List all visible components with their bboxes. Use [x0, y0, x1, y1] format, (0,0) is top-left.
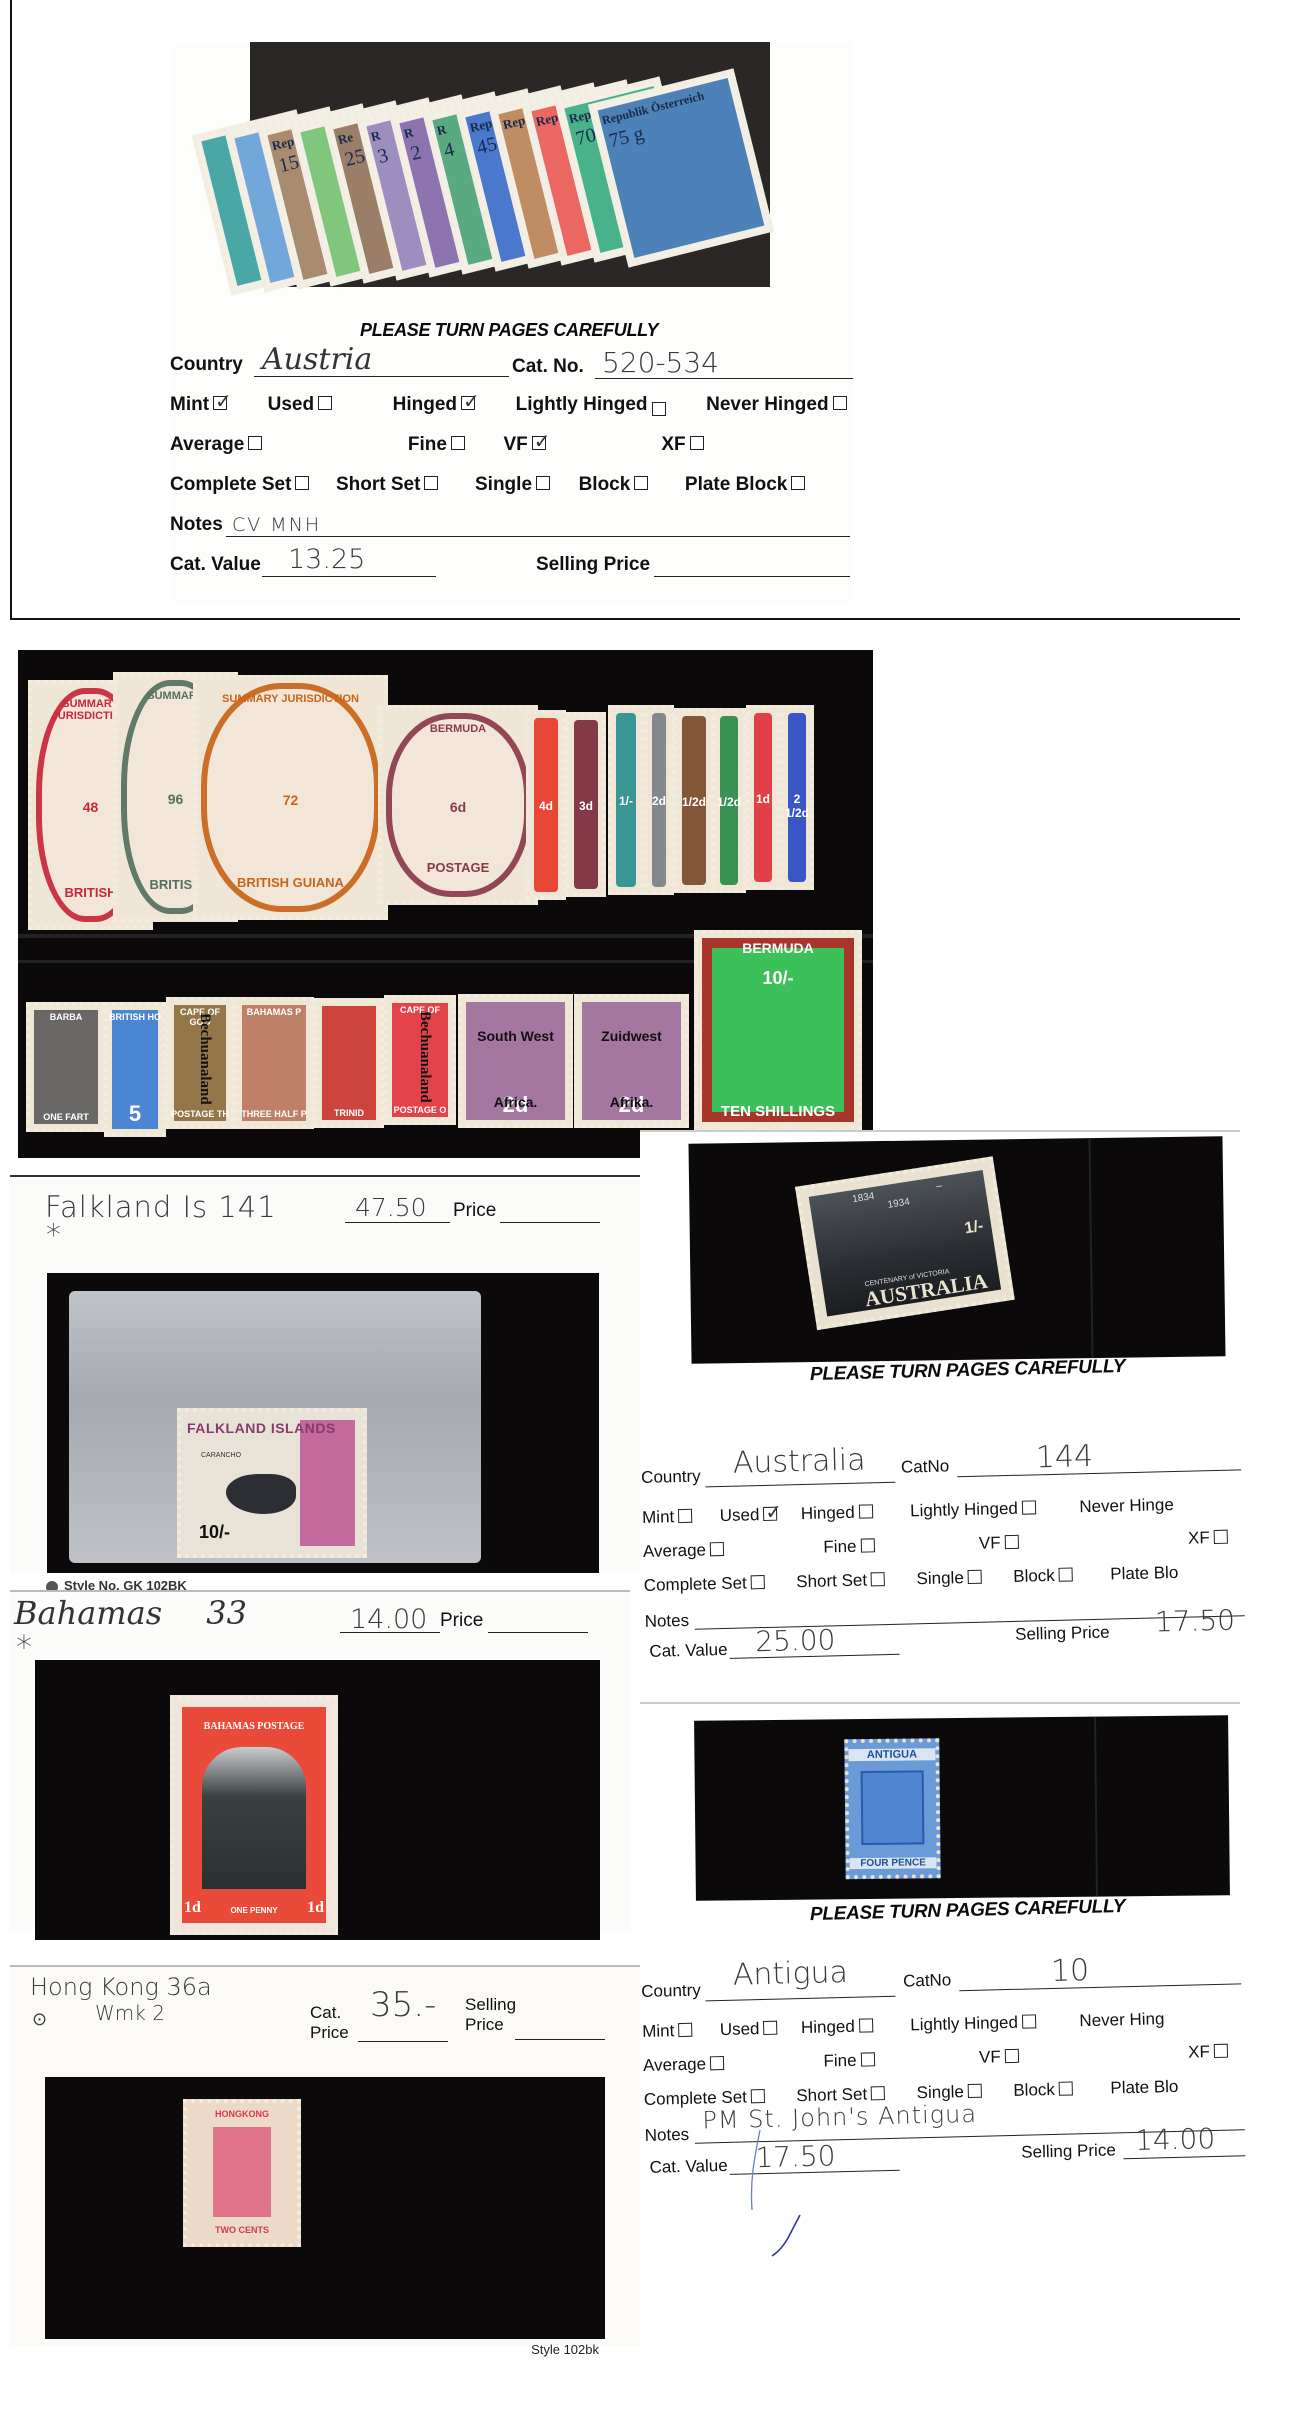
selling-price-value[interactable]: 17.50: [1154, 1604, 1235, 1639]
country-value[interactable]: Antigua: [732, 1955, 848, 1993]
single-checkbox[interactable]: [968, 2084, 982, 2098]
fine-option[interactable]: Fine: [823, 2050, 875, 2070]
bahamas-price-label: Price: [440, 1610, 483, 1632]
falkland-card: Falkland Is 141 * 47.50 Price FALKLAND I…: [10, 1178, 640, 1573]
antigua-stamp-sub: FOUR PENCE: [850, 1857, 937, 1869]
cat-no-value[interactable]: 144: [1035, 1439, 1093, 1475]
plate-block-option[interactable]: Plate Blo: [1110, 2077, 1178, 2098]
hinged-checkbox[interactable]: [859, 2018, 873, 2032]
falkland-mark: *: [46, 1218, 61, 1253]
average-checkbox[interactable]: [710, 2056, 724, 2070]
vf-checkbox[interactable]: [1004, 1535, 1018, 1549]
mixed-lot-stamp[interactable]: SUMMARY JURISDICTIONBRITISH GUIANA72: [193, 675, 388, 920]
mixed-lot-stamp[interactable]: 2dSouth WestAfrica.: [458, 994, 573, 1128]
plate-block-checkbox[interactable]: [791, 476, 805, 490]
plate-block-option[interactable]: Plate Blo: [1110, 1563, 1178, 1584]
mint-checkbox[interactable]: [213, 396, 227, 410]
bahamas-heading: Bahamas 33: [14, 1594, 247, 1632]
bahamas-stamp-sub: ONE PENNY: [174, 1906, 334, 1915]
complete-set-option[interactable]: Complete Set: [644, 1573, 765, 1595]
austria-row-type: Complete Set Short Set Single Block Plat…: [170, 474, 852, 496]
mixed-lot-bottom-row: BARBAONE FARTBRITISH HO5CAPE OF GOOPOSTA…: [18, 950, 873, 1158]
antigua-stamp[interactable]: ANTIGUA FOUR PENCE: [844, 1738, 940, 1879]
xf-option[interactable]: XF: [1188, 1528, 1228, 1548]
mixed-lot-stamp[interactable]: 2d: [644, 705, 674, 895]
cat-value-field: Cat. Value: [170, 554, 261, 576]
never-hinged-option[interactable]: Never Hinge: [1079, 1495, 1174, 1516]
cat-price-label: Cat.Price: [310, 2003, 349, 2043]
austria-row-grade: Average Fine VF XF: [170, 434, 852, 456]
used-checkbox[interactable]: [318, 396, 332, 410]
fine-checkbox[interactable]: [451, 436, 465, 450]
mixed-lot-stamp[interactable]: BERMUDAPOSTAGE6d: [378, 705, 538, 905]
bahamas-black-panel: BAHAMAS POSTAGE 1d 1d ONE PENNY: [35, 1660, 600, 1940]
falkland-stamp[interactable]: FALKLAND ISLANDS CARANCHO 10/-: [177, 1408, 367, 1558]
mixed-lot-stamp[interactable]: CAPE OF GOOPOSTAGE THBechuanaland: [166, 997, 234, 1129]
average-option[interactable]: Average: [170, 434, 262, 455]
single-checkbox[interactable]: [968, 1570, 982, 1584]
complete-set-checkbox[interactable]: [751, 2089, 765, 2103]
average-checkbox[interactable]: [248, 436, 262, 450]
page-left-edge: [10, 0, 12, 620]
hong-kong-mark: ⊙: [32, 2009, 47, 2030]
fine-checkbox[interactable]: [860, 1538, 874, 1552]
used-option[interactable]: Used: [268, 394, 332, 415]
hong-kong-heading: Hong Kong 36a: [30, 1973, 212, 2001]
bird-illustration: [226, 1474, 296, 1514]
plate-block-option[interactable]: Plate Block: [685, 474, 805, 495]
turn-pages-notice: PLEASE TURN PAGES CAREFULLY: [360, 320, 658, 341]
antigua-row-condition: Mint Used Hinged Lightly Hinged Never Hi…: [642, 2007, 1242, 2042]
australia-row-grade: Average Fine VF XF: [643, 1527, 1243, 1562]
mixed-lot-stamp[interactable]: 4d: [526, 710, 566, 900]
lightly-hinged-option[interactable]: Lightly Hinged: [516, 394, 666, 415]
block-checkbox[interactable]: [1059, 1567, 1073, 1581]
complete-set-checkbox[interactable]: [751, 1575, 765, 1589]
cat-no-field: CatNo: [901, 1456, 950, 1477]
block-checkbox[interactable]: [634, 476, 648, 490]
average-checkbox[interactable]: [710, 1542, 724, 1556]
mint-option[interactable]: Mint: [642, 1507, 693, 1527]
short-set-checkbox[interactable]: [871, 2086, 885, 2100]
notes-value[interactable]: CV MNH: [232, 514, 321, 536]
bahamas-card: Bahamas 33 * 14.00 Price BAHAMAS POSTAGE…: [10, 1590, 630, 1930]
used-checkbox[interactable]: [763, 1507, 777, 1521]
mixed-lot-stamp[interactable]: BRITISH HO5: [104, 1002, 166, 1137]
block-option[interactable]: Block: [579, 474, 649, 495]
used-checkbox[interactable]: [763, 2021, 777, 2035]
mint-option[interactable]: Mint: [170, 394, 227, 415]
falkland-price-label: Price: [453, 1200, 496, 1222]
antigua-stamp-country: ANTIGUA: [848, 1748, 935, 1761]
block-option[interactable]: Block: [1013, 1565, 1073, 1585]
hong-kong-stamp-country: HONGKONG: [187, 2109, 297, 2119]
australia-stamp[interactable]: 1834 – 1934 CENTENARY of VICTORIA AUSTRA…: [795, 1156, 1015, 1330]
mixed-lot-panel: SUMMARY JURISDICTIONBRITISH48SUMMARYBRIT…: [18, 650, 873, 1158]
turn-pages-notice: PLEASE TURN PAGES CAREFULLY: [810, 1896, 1126, 1926]
mixed-lot-stamp[interactable]: 2 1/2d: [780, 705, 814, 890]
lightly-hinged-option[interactable]: Lightly Hinged: [910, 2012, 1036, 2034]
mixed-lot-stamp[interactable]: BARBAONE FART: [26, 1002, 106, 1132]
hinged-option[interactable]: Hinged: [801, 2016, 873, 2037]
mixed-lot-stamp[interactable]: CAPE OFPOSTAGE OBechuanaland: [384, 995, 456, 1125]
antigua-row-grade: Average Fine VF XF: [643, 2041, 1243, 2076]
average-option[interactable]: Average: [643, 1540, 724, 1561]
vf-checkbox[interactable]: [532, 436, 546, 450]
single-option[interactable]: Single: [475, 474, 550, 495]
mixed-lot-stamp[interactable]: 1/-: [608, 705, 644, 895]
cat-value-value[interactable]: 25.00: [755, 1623, 836, 1658]
used-option[interactable]: Used: [720, 2019, 778, 2039]
mixed-lot-top-row: SUMMARY JURISDICTIONBRITISH48SUMMARYBRIT…: [18, 650, 873, 950]
hong-kong-watermark: Wmk 2: [95, 2001, 165, 2025]
hong-kong-black-panel: HONGKONG TWO CENTS Style 102bk: [45, 2077, 605, 2339]
mint-option[interactable]: Mint: [642, 2021, 693, 2041]
lightly-hinged-checkbox[interactable]: [652, 402, 666, 416]
hinged-checkbox[interactable]: [461, 396, 475, 410]
block-checkbox[interactable]: [1059, 2081, 1073, 2095]
hong-kong-style-label: Style 102bk: [531, 2342, 599, 2357]
cat-value-value[interactable]: 13.25: [288, 544, 365, 575]
hong-kong-stamp-sub: TWO CENTS: [187, 2225, 297, 2235]
country-field: Country: [641, 1981, 701, 2002]
lightly-hinged-option[interactable]: Lightly Hinged: [910, 1498, 1036, 1520]
hong-kong-stamp[interactable]: HONGKONG TWO CENTS: [183, 2099, 301, 2247]
complete-set-option[interactable]: Complete Set: [170, 474, 309, 495]
cat-no-field: Cat. No.: [512, 356, 584, 378]
mixed-lot-stamp[interactable]: BAHAMAS PTHREE HALF P: [234, 997, 314, 1129]
mixed-lot-stamp[interactable]: BERMUDATEN SHILLINGS10/-: [694, 930, 862, 1130]
block-option[interactable]: Block: [1013, 2079, 1073, 2099]
fine-option[interactable]: Fine: [823, 1536, 875, 1556]
hong-kong-cat-price[interactable]: 35.-: [370, 1985, 436, 2025]
short-set-checkbox[interactable]: [424, 476, 438, 490]
vf-option[interactable]: VF: [503, 434, 545, 455]
never-hinged-option[interactable]: Never Hinged: [706, 394, 846, 415]
bahamas-cat-value[interactable]: 14.00: [350, 1604, 427, 1635]
complete-set-checkbox[interactable]: [295, 476, 309, 490]
hinged-checkbox[interactable]: [859, 1504, 873, 1518]
single-option[interactable]: Single: [916, 1568, 982, 1589]
mixed-lot-stamp[interactable]: 1/2d: [712, 708, 746, 893]
selling-price-field: Selling Price: [536, 554, 650, 576]
mixed-lot-stamp[interactable]: 2dZuidwestAfrika.: [574, 994, 689, 1128]
vf-option[interactable]: VF: [979, 2047, 1019, 2067]
bahamas-stamp-country: BAHAMAS POSTAGE: [184, 1721, 324, 1732]
mint-checkbox[interactable]: [678, 2023, 692, 2037]
xf-option[interactable]: XF: [1188, 2042, 1228, 2062]
single-checkbox[interactable]: [536, 476, 550, 490]
cat-no-value[interactable]: 520-534: [602, 346, 719, 379]
country-field: Country: [170, 354, 243, 376]
australia-stamp-value: 1/-: [963, 1218, 984, 1239]
average-option[interactable]: Average: [643, 2054, 724, 2075]
pen-mark: [740, 2130, 820, 2260]
austria-stamp-fan: Rep15Re25R3R2R4Repu45 gRepuRepuRepublik7…: [200, 82, 760, 322]
fine-checkbox[interactable]: [860, 2052, 874, 2066]
cat-no-field: CatNo: [903, 1970, 952, 1991]
selling-price-value[interactable]: 14.00: [1135, 2122, 1216, 2157]
never-hinged-option[interactable]: Never Hing: [1079, 2009, 1164, 2030]
hinged-option[interactable]: Hinged: [801, 1502, 873, 1523]
mixed-lot-stamp[interactable]: 3d: [566, 712, 606, 897]
selling-price-label: SellingPrice: [465, 1995, 516, 2035]
australia-black-panel: 1834 – 1934 CENTENARY of VICTORIA AUSTRA…: [688, 1136, 1225, 1363]
short-set-option[interactable]: Short Set: [336, 474, 438, 495]
falkland-cat-value[interactable]: 47.50: [355, 1193, 427, 1222]
short-set-option[interactable]: Short Set: [796, 1570, 885, 1591]
falkland-black-panel: FALKLAND ISLANDS CARANCHO 10/-: [47, 1273, 599, 1573]
austria-card: Rep15Re25R3R2R4Repu45 gRepuRepuRepublik7…: [170, 42, 852, 602]
country-value[interactable]: Austria: [262, 342, 372, 377]
country-value[interactable]: Australia: [732, 1443, 866, 1481]
xf-checkbox[interactable]: [690, 436, 704, 450]
notes-field: Notes: [170, 514, 223, 536]
mixed-lot-stamp[interactable]: 1/2d: [674, 708, 714, 893]
xf-option[interactable]: XF: [661, 434, 703, 455]
falkland-stamp-country: FALKLAND ISLANDS: [187, 1420, 336, 1436]
never-hinged-checkbox[interactable]: [833, 396, 847, 410]
vf-checkbox[interactable]: [1005, 2049, 1019, 2063]
bahamas-mark: *: [16, 1628, 32, 1666]
selling-price-field: Selling Price: [1015, 1623, 1110, 1645]
mint-checkbox[interactable]: [678, 1509, 692, 1523]
australia-form: Country Australia CatNo 144 Mint Used Hi…: [640, 1415, 1246, 1680]
falkland-stamp-bird-name: CARANCHO: [201, 1452, 241, 1459]
lightly-hinged-checkbox[interactable]: [1022, 2014, 1036, 2028]
notes-field: Notes: [645, 2125, 690, 2146]
mixed-lot-stamp[interactable]: 1d: [746, 705, 780, 890]
hinged-option[interactable]: Hinged: [393, 394, 475, 415]
page-divider: [10, 618, 1240, 620]
notes-field: Notes: [644, 1611, 689, 1632]
xf-checkbox[interactable]: [1214, 2044, 1228, 2058]
austria-row-condition: Mint Used Hinged Lightly Hinged Never Hi…: [170, 394, 852, 416]
cat-value-field: Cat. Value: [649, 1640, 728, 1662]
australia-row-condition: Mint Used Hinged Lightly Hinged Never Hi…: [642, 1493, 1242, 1528]
short-set-checkbox[interactable]: [871, 1572, 885, 1586]
mixed-lot-stamp[interactable]: TRINID: [314, 998, 384, 1128]
fine-option[interactable]: Fine: [408, 434, 465, 455]
bahamas-stamp[interactable]: BAHAMAS POSTAGE 1d 1d ONE PENNY: [170, 1695, 338, 1935]
xf-checkbox[interactable]: [1214, 1530, 1228, 1544]
country-field: Country: [641, 1467, 701, 1488]
antigua-card: ANTIGUA FOUR PENCE PLEASE TURN PAGES CAR…: [640, 1690, 1240, 2210]
australia-row-type: Complete Set Short Set Single Block Plat…: [644, 1561, 1244, 1596]
cat-no-value[interactable]: 10: [1050, 1953, 1089, 1989]
falkland-heading: Falkland Is 141: [45, 1190, 277, 1224]
used-option[interactable]: Used: [719, 1505, 777, 1525]
lightly-hinged-checkbox[interactable]: [1022, 1500, 1036, 1514]
falkland-stamp-value: 10/-: [199, 1522, 230, 1543]
antigua-form: Country Antigua CatNo 10 Mint Used Hinge…: [640, 1925, 1245, 2160]
cat-value-field: Cat. Value: [649, 2156, 728, 2178]
vf-option[interactable]: VF: [979, 1533, 1019, 1553]
selling-price-field: Selling Price: [1021, 2140, 1116, 2162]
australia-card: 1834 – 1934 CENTENARY of VICTORIA AUSTRA…: [640, 1130, 1240, 1690]
antigua-black-panel: ANTIGUA FOUR PENCE: [694, 1715, 1230, 1901]
falkland-card-border: [10, 1175, 640, 1177]
hong-kong-card: Hong Kong 36a ⊙ Wmk 2 Cat.Price 35.- Sel…: [10, 1965, 640, 2345]
